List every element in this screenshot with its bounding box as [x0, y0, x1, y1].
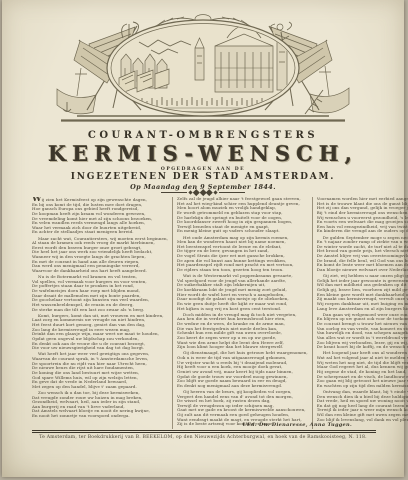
verse-line: De sterke man die tilt een last zoo zwaa…: [32, 308, 168, 313]
footer-rule: [32, 430, 376, 433]
ornament-divider: [2, 190, 404, 195]
page-title: KERMIS-WENSCH,: [2, 141, 404, 166]
verse-stanza: Zoo wensch ik u dan toe, bij deze kermis…: [32, 391, 168, 419]
broadside-sheet: COURANT-OMBRENGSTERS KERMIS-WENSCH, OPGE…: [2, 0, 404, 477]
verse-columns: Wij zien het Kermisfeest op zijn gewensc…: [28, 197, 380, 429]
dedicatee-line: INGEZETENEN DER STAD AMSTERDAM.: [2, 172, 404, 182]
verse-stanza: Maar zacht wat, Courantiersters, wij moe…: [32, 237, 168, 274]
verse-line: Die voor uw nieuwsgierigheid van dag tot…: [32, 346, 168, 351]
ship-left-icon: [57, 68, 96, 114]
vignette: [47, 8, 359, 132]
pedestal: [61, 116, 345, 121]
verse-column-3: Voornamen worden hier met eerbied aangeh…: [312, 197, 408, 429]
verse-stanza: Komt, burgers, komt dan uit, met vrouwen…: [32, 314, 168, 351]
verse-stanza: Nu is de Botermarkt vol kramen en vol te…: [32, 275, 168, 312]
series-label: COURANT-OMBRENGSTERS: [2, 130, 404, 141]
printer-imprint: Te Amsterdam, ter Boekdrukkerij van B. B…: [2, 435, 404, 440]
verse-stanza: Wat is de Westermarkt vol poppenkraams g…: [177, 274, 308, 311]
verse-line: En achter de stellaadjes staat menigeen …: [32, 230, 168, 235]
verse-line: En denkt nog menigmaal aan deze kermisvr…: [177, 384, 308, 389]
verse-line: Dan bloeije nieuwe welvaart over Nederla…: [317, 268, 408, 273]
verse-stanza: Wat heeft het jaar weer veel gewigtigs o…: [32, 352, 168, 389]
verse-line: Waarvoor de dankbaarheid ons hart heeft …: [32, 269, 168, 274]
verse-stanza: Zelfs zal de jeugd alhier naar 't feestg…: [177, 197, 308, 234]
verse-line: Het kijken is nog vrij en kost geen cent…: [177, 307, 308, 312]
verse-line: En nooit het zonnetje van voorspoed onde…: [32, 414, 168, 419]
verse-column-1: Wij zien het Kermisfeest op zijn gewensc…: [28, 197, 172, 429]
verse-line: En menig kleine guit op vaders schouder …: [177, 229, 308, 234]
verse-column-2: Zelfs zal de jeugd alhier naar 't feestg…: [172, 197, 312, 429]
verse-line: En wachten op zijn tijd den milden kermi…: [317, 384, 408, 389]
verse-stanza: Wij zien het Kermisfeest op zijn gewensc…: [32, 197, 168, 235]
verse-stanza: Voornamen worden hier met eerbied aangeh…: [317, 197, 408, 234]
verse-stanza: Gij dienstmaagd, die het huis getrouw he…: [177, 351, 308, 388]
verse-line: De rijders staan ten toon, gezeten hoog …: [177, 268, 308, 273]
verse-stanza: Dan gaan wij welgemoed weer onze ronde l…: [317, 313, 408, 350]
verse-stanza: Het loopend jaar heeft ons al wonderen d…: [317, 351, 408, 388]
verse-line: Met zegen op den handel, blijve t' zaam …: [32, 385, 168, 390]
verse-stanza: Doch midden in de vreugd mag ik toch nie…: [177, 313, 308, 350]
verse-line: Lang leve Amsterdam en al zijn burgers h…: [317, 307, 408, 312]
verse-stanza: Ontvang dan, waarde klant, bij 't einde …: [317, 390, 408, 422]
signature-line: UEd. Dw. Dienaresse, Anna Tuggen.: [242, 422, 352, 428]
verse-stanza: Gij ziet, wij hebben u naar onzen pligt …: [317, 274, 408, 311]
verse-stanza: De gulden September moge u zegen nederze…: [317, 236, 408, 273]
verse-line: De krant hoort bij de koffij, en de wens…: [317, 345, 408, 350]
verse-line: Zijn loon klimt hooger dan het blauwe st…: [177, 345, 308, 350]
verse-line: En kinderen die vreugd aan de ouders op …: [317, 229, 408, 234]
verse-stanza: Het oude Amsterdam mag op zijn kermis ro…: [177, 236, 308, 273]
